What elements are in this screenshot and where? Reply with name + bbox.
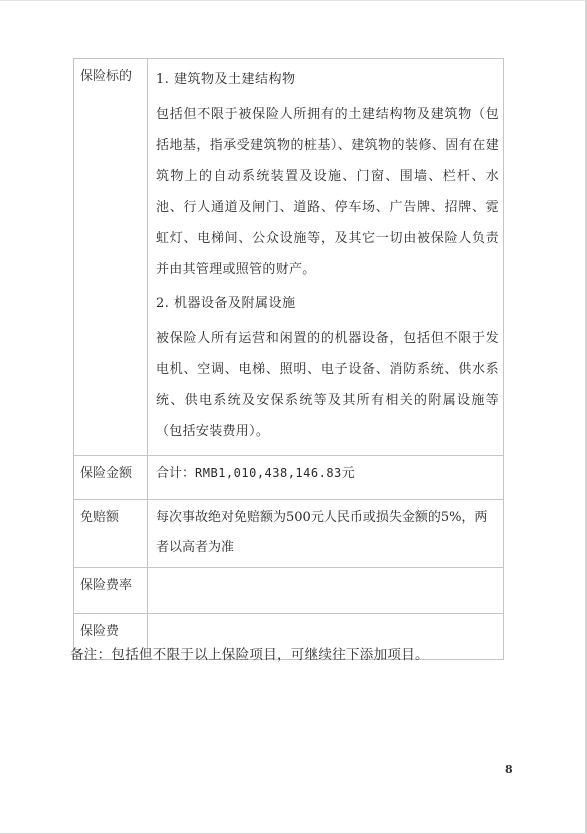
section-body-machinery: 被保险人所有运营和闲置的的机器设备，包括但不限于发电机、空调、电梯、照明、电子设…	[156, 323, 499, 447]
row-label: 保险金额	[74, 456, 148, 500]
section-heading-machinery: 2. 机器设备及附属设施	[156, 289, 499, 319]
amount-suffix: 元	[342, 466, 355, 481]
insurance-table: 保险标的 1. 建筑物及土建结构物 包括但不限于被保险人所拥有的土建结构物及建筑…	[73, 58, 504, 660]
row-label: 保险标的	[74, 59, 148, 456]
remark-note: 备注：包括但不限于以上保险项目，可继续往下添加项目。	[70, 643, 429, 663]
document-page: 保险标的 1. 建筑物及土建结构物 包括但不限于被保险人所拥有的土建结构物及建筑…	[0, 0, 587, 834]
deductible-value: 每次事故绝对免赔额为500元人民币或损失金额的5%，两者以高者为准	[148, 500, 504, 568]
section-body-buildings: 包括但不限于被保险人所拥有的土建结构物及建筑物（包括地基，指承受建筑物的桩基）、…	[156, 99, 499, 285]
section-heading-buildings: 1. 建筑物及土建结构物	[156, 65, 499, 95]
row-label: 免赔额	[74, 500, 148, 568]
table-row-insured-amount: 保险金额 合计：RMB1,010,438,146.83元	[74, 456, 504, 500]
table-row-insured-subject: 保险标的 1. 建筑物及土建结构物 包括但不限于被保险人所拥有的土建结构物及建筑…	[74, 59, 504, 456]
page-number: 8	[505, 763, 513, 776]
insured-subject-content: 1. 建筑物及土建结构物 包括但不限于被保险人所拥有的土建结构物及建筑物（包括地…	[148, 59, 504, 456]
amount-prefix: 合计：	[156, 466, 195, 481]
table-row-deductible: 免赔额 每次事故绝对免赔额为500元人民币或损失金额的5%，两者以高者为准	[74, 500, 504, 568]
table-row-premium-rate: 保险费率	[74, 568, 504, 614]
row-label: 保险费率	[74, 568, 148, 614]
amount-number: RMB1,010,438,146.83	[195, 466, 342, 480]
insured-amount-value: 合计：RMB1,010,438,146.83元	[148, 456, 504, 500]
premium-rate-value[interactable]	[148, 568, 504, 614]
